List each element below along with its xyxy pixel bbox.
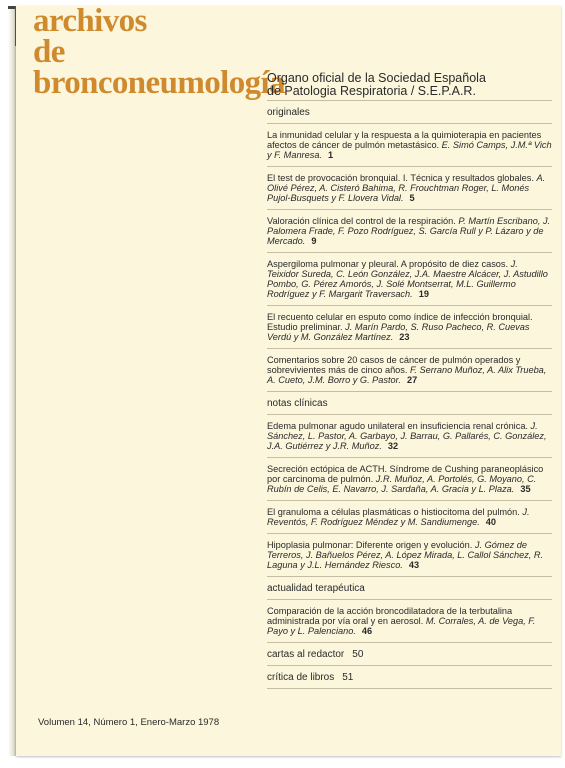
toc-entry[interactable]: Hipoplasia pulmonar: Diferente origen y … [267,534,552,576]
page-number: 35 [520,484,530,494]
toc-entry[interactable]: Comparación de la acción broncodilatador… [267,600,552,642]
article-title: Hipoplasia pulmonar: Diferente origen y … [267,540,472,550]
section-title: crítica de libros [267,672,334,683]
issue-info: Volumen 14, Número 1, Enero-Marzo 1978 [38,717,219,728]
page-number: 46 [362,626,372,636]
page-number: 27 [407,375,417,385]
page-number: 19 [419,289,429,299]
toc-entry[interactable]: Aspergiloma pulmonar y pleural. A propós… [267,253,552,305]
section-title: cartas al redactor [267,649,344,660]
table-of-contents: originalesLa inmunidad celular y la resp… [267,100,552,689]
section-heading: originales [267,101,552,123]
page-number: 5 [410,193,415,203]
article-title: Aspergiloma pulmonar y pleural. A propós… [267,259,508,269]
toc-entry[interactable]: El granuloma a células plasmáticas o his… [267,501,552,533]
page-number: 50 [352,649,363,660]
toc-entry[interactable]: Comentarios sobre 20 casos de cáncer de … [267,349,552,391]
divider [267,688,552,689]
article-title: Edema pulmonar agudo unilateral en insuf… [267,421,528,431]
article-title: Valoración clínica del control de la res… [267,216,456,226]
page-number: 23 [399,332,409,342]
page-number: 40 [486,517,496,527]
page-number: 9 [311,236,316,246]
masthead-line: archivos [33,6,285,37]
masthead-line: de [33,37,285,68]
toc-entry[interactable]: Secreción ectópica de ACTH. Síndrome de … [267,458,552,500]
page-number: 51 [342,672,353,683]
page-spine-shadow [8,6,16,756]
masthead-line: bronconeumología [33,68,285,99]
page-number: 32 [388,441,398,451]
section-heading[interactable]: cartas al redactor50 [267,643,552,665]
toc-entry[interactable]: El test de provocación bronquial. I. Téc… [267,167,552,209]
section-heading: actualidad terapéutica [267,577,552,599]
journal-subtitle: Organo oficial de la Sociedad Española d… [267,72,486,98]
page-number: 1 [328,150,333,160]
page-number: 43 [409,560,419,570]
toc-entry[interactable]: El recuento celular en esputo como índic… [267,306,552,348]
subtitle-line: de Patologia Respiratoria / S.E.P.A.R. [267,85,486,98]
toc-entry[interactable]: Valoración clínica del control de la res… [267,210,552,252]
toc-entry[interactable]: La inmunidad celular y la respuesta a la… [267,124,552,166]
section-heading[interactable]: crítica de libros51 [267,666,552,688]
toc-entry[interactable]: Edema pulmonar agudo unilateral en insuf… [267,415,552,457]
article-title: El test de provocación bronquial. I. Téc… [267,173,534,183]
article-title: El granuloma a células plasmáticas o his… [267,507,520,517]
section-heading: notas clínicas [267,392,552,414]
journal-masthead: archivos de bronconeumología [33,6,285,99]
